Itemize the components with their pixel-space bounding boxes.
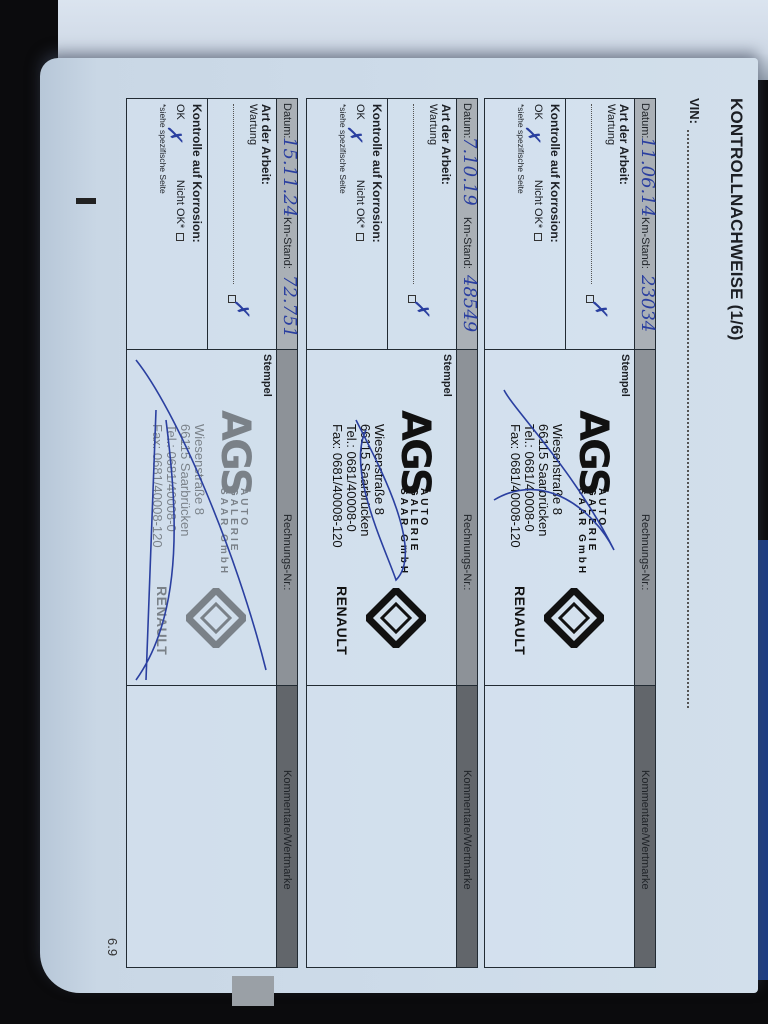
comments-cell[interactable] bbox=[306, 686, 456, 968]
date-km-header: Datum: 7.10.19 Km-Stand: 48549 bbox=[456, 98, 478, 350]
stamp-cell: Stempel AGS AUTO GALERIE SAAR GmbH Wiese… bbox=[126, 350, 276, 686]
ags-logo: AGS bbox=[392, 410, 438, 494]
invoice-label: Rechnungs-Nr.: bbox=[461, 514, 473, 590]
work-type-label: Art der Arbeit: bbox=[617, 104, 631, 344]
invoice-header: Rechnungs-Nr.: bbox=[456, 350, 478, 686]
corrosion-label: Kontrolle auf Korrosion: bbox=[190, 104, 204, 344]
stamp-cell: Stempel AGS AUTO GALERIE SAAR GmbH Wiese… bbox=[306, 350, 456, 686]
dealer-stamp: AGS AUTO GALERIE SAAR GmbH Wiesenstraße … bbox=[134, 410, 254, 670]
corrosion-section: Kontrolle auf Korrosion: OK ✗ Nicht OK* … bbox=[513, 99, 565, 349]
vin-field: VIN: bbox=[687, 98, 702, 708]
date-km-header: Datum: 15.11.24 Km-Stand: 72.751 bbox=[276, 98, 298, 350]
comments-label: Kommentare/Wertmarke bbox=[639, 770, 651, 890]
comments-cell[interactable] bbox=[126, 686, 276, 968]
work-type-section: Art der Arbeit: Wartung ✗ bbox=[387, 99, 456, 349]
work-type-label: Art der Arbeit: bbox=[439, 104, 453, 344]
dealer-name: AUTO GALERIE SAAR GmbH bbox=[398, 488, 428, 576]
dealer-address: Wiesenstraße 8 66115 Saarbrücken Tel.: 0… bbox=[508, 424, 564, 548]
renault-wordmark: RENAULT bbox=[334, 586, 350, 655]
vin-value-line[interactable] bbox=[687, 130, 699, 708]
km-label: Km-Stand: bbox=[461, 217, 473, 269]
maintenance-checkmark: ✗ bbox=[588, 299, 612, 316]
work-cell: Art der Arbeit: Wartung ✗ Kontrolle auf … bbox=[306, 98, 456, 350]
date-value[interactable]: 15.11.24 bbox=[279, 137, 300, 217]
ok-checkmark[interactable]: ✗ bbox=[521, 125, 545, 142]
date-label: Datum: bbox=[461, 103, 473, 138]
comments-header: Kommentare/Wertmarke bbox=[456, 686, 478, 968]
renault-diamond-icon bbox=[544, 588, 604, 648]
ok-label: OK bbox=[532, 104, 544, 120]
ags-logo: AGS bbox=[212, 410, 258, 494]
stamp-label: Stempel bbox=[261, 354, 273, 397]
corrosion-section: Kontrolle auf Korrosion: OK ✗ Nicht OK* … bbox=[335, 99, 387, 349]
km-label: Km-Stand: bbox=[639, 217, 651, 269]
renault-diamond-icon bbox=[186, 588, 246, 648]
other-work-line[interactable] bbox=[413, 104, 414, 284]
renault-wordmark: RENAULT bbox=[154, 586, 170, 655]
stamp-label: Stempel bbox=[619, 354, 631, 397]
invoice-label: Rechnungs-Nr.: bbox=[639, 514, 651, 590]
ok-label: OK bbox=[354, 104, 366, 120]
not-ok-checkbox[interactable] bbox=[534, 233, 542, 241]
invoice-header: Rechnungs-Nr.: bbox=[634, 350, 656, 686]
date-km-header: Datum: 11.06.14 Km-Stand: 23034 bbox=[634, 98, 656, 350]
rotated-page: KONTROLLNACHWEISE (1/6) VIN: 6.9 Datum: … bbox=[88, 58, 768, 988]
service-entry: Datum: 11.06.14 Km-Stand: 23034 Rechnung… bbox=[484, 98, 656, 968]
page-title: KONTROLLNACHWEISE (1/6) bbox=[726, 98, 746, 341]
renault-wordmark: RENAULT bbox=[512, 586, 528, 655]
not-ok-label: Nicht OK* bbox=[354, 180, 366, 228]
service-entry: Datum: 15.11.24 Km-Stand: 72.751 Rechnun… bbox=[126, 98, 298, 968]
not-ok-label: Nicht OK* bbox=[174, 180, 186, 228]
maintenance-checkmark: ✗ bbox=[410, 299, 434, 316]
km-label: Km-Stand: bbox=[281, 217, 293, 269]
corrosion-label: Kontrolle auf Korrosion: bbox=[370, 104, 384, 344]
invoice-header: Rechnungs-Nr.: bbox=[276, 350, 298, 686]
work-type-section: Art der Arbeit: Wartung ✗ bbox=[207, 99, 276, 349]
ok-checkmark[interactable]: ✗ bbox=[163, 125, 187, 142]
corrosion-label: Kontrolle auf Korrosion: bbox=[548, 104, 562, 344]
stamp-label: Stempel bbox=[441, 354, 453, 397]
other-work-line[interactable] bbox=[233, 104, 234, 284]
service-entry: Datum: 7.10.19 Km-Stand: 48549 Rechnungs… bbox=[306, 98, 478, 968]
dealer-address: Wiesenstraße 8 66115 Saarbrücken Tel.: 0… bbox=[330, 424, 386, 548]
km-value[interactable]: 23034 bbox=[637, 275, 658, 332]
other-work-line[interactable] bbox=[591, 104, 592, 284]
km-value[interactable]: 48549 bbox=[459, 275, 480, 332]
comments-label: Kommentare/Wertmarke bbox=[281, 770, 293, 890]
date-label: Datum: bbox=[639, 103, 651, 138]
corrosion-section: Kontrolle auf Korrosion: OK ✗ Nicht OK* … bbox=[155, 99, 207, 349]
ok-label: OK bbox=[174, 104, 186, 120]
vin-label: VIN: bbox=[687, 98, 702, 124]
work-cell: Art der Arbeit: Wartung ✗ Kontrolle auf … bbox=[484, 98, 634, 350]
date-value[interactable]: 11.06.14 bbox=[637, 137, 658, 217]
dealer-name: AUTO GALERIE SAAR GmbH bbox=[576, 488, 606, 576]
not-ok-checkbox[interactable] bbox=[176, 233, 184, 241]
date-value[interactable]: 7.10.19 bbox=[459, 137, 480, 206]
comments-label: Kommentare/Wertmarke bbox=[461, 770, 473, 890]
comments-header: Kommentare/Wertmarke bbox=[276, 686, 298, 968]
ok-checkmark[interactable]: ✗ bbox=[343, 125, 367, 142]
maintenance-checkmark: ✗ bbox=[230, 299, 254, 316]
not-ok-checkbox[interactable] bbox=[356, 233, 364, 241]
stamp-cell: Stempel AGS AUTO GALERIE SAAR GmbH Wiese… bbox=[484, 350, 634, 686]
invoice-label: Rechnungs-Nr.: bbox=[281, 514, 293, 590]
date-label: Datum: bbox=[281, 103, 293, 138]
ags-logo: AGS bbox=[570, 410, 616, 494]
comments-header: Kommentare/Wertmarke bbox=[634, 686, 656, 968]
dealer-name: AUTO GALERIE SAAR GmbH bbox=[218, 488, 248, 576]
not-ok-label: Nicht OK* bbox=[532, 180, 544, 228]
work-cell: Art der Arbeit: Wartung ✗ Kontrolle auf … bbox=[126, 98, 276, 350]
page-number: 6.9 bbox=[105, 938, 120, 956]
work-type-section: Art der Arbeit: Wartung ✗ bbox=[565, 99, 634, 349]
work-type-label: Art der Arbeit: bbox=[259, 104, 273, 344]
dealer-address: Wiesenstraße 8 66115 Saarbrücken Tel.: 0… bbox=[150, 424, 206, 548]
dealer-stamp: AGS AUTO GALERIE SAAR GmbH Wiesenstraße … bbox=[314, 410, 434, 670]
comments-cell[interactable] bbox=[484, 686, 634, 968]
renault-diamond-icon bbox=[366, 588, 426, 648]
dealer-stamp: AGS AUTO GALERIE SAAR GmbH Wiesenstraße … bbox=[492, 410, 612, 670]
km-value[interactable]: 72.751 bbox=[279, 275, 300, 338]
